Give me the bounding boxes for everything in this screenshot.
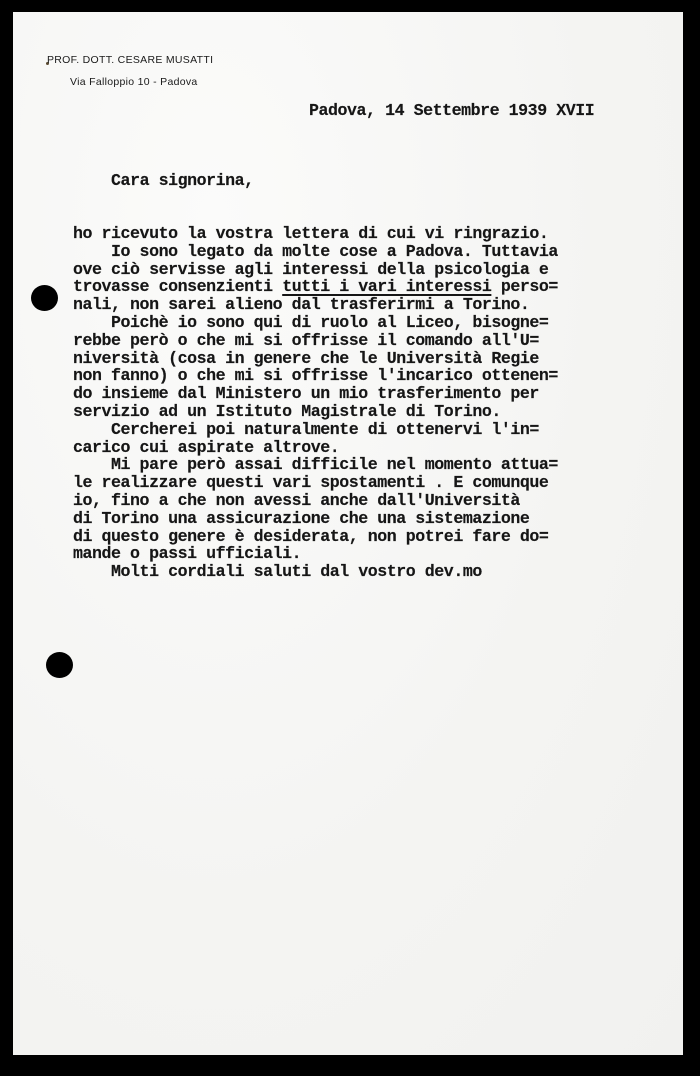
- letter-line: Poichè io sono qui di ruolo al Liceo, bi…: [73, 314, 558, 332]
- letterhead-name: PROF. DOTT. CESARE MUSATTI: [47, 54, 213, 66]
- letter-line: mande o passi ufficiali.: [73, 545, 558, 563]
- letter-line: di Torino una assicurazione che una sist…: [73, 510, 558, 528]
- letter-line: non fanno) o che mi si offrisse l'incari…: [73, 367, 558, 385]
- punch-hole-top: [31, 285, 58, 311]
- letter-line: nali, non sarei alieno dal trasferirmi a…: [73, 296, 558, 314]
- letter-line: ho ricevuto la vostra lettera di cui vi …: [73, 225, 558, 243]
- letter-line: niversità (cosa in genere che le Univers…: [73, 350, 558, 368]
- letter-line: servizio ad un Istituto Magistrale di To…: [73, 403, 558, 421]
- letter-line: Molti cordiali saluti dal vostro dev.mo: [73, 563, 558, 581]
- letter-line: Cercherei poi naturalmente di ottenervi …: [73, 421, 558, 439]
- punch-hole-bottom: [46, 652, 73, 678]
- date-line: Padova, 14 Settembre 1939 XVII: [309, 101, 594, 120]
- letter-line: Io sono legato da molte cose a Padova. T…: [73, 243, 558, 261]
- underlined-phrase: tutti i vari interessi: [282, 277, 491, 296]
- letter-line: trovasse consenzienti tutti i vari inter…: [73, 278, 558, 296]
- letter-line: carico cui aspirate altrove.: [73, 439, 558, 457]
- letter-line: rebbe però o che mi si offrisse il coman…: [73, 332, 558, 350]
- salutation-text: Cara signorina,: [111, 171, 254, 190]
- letter-line: io, fino a che non avessi anche dall'Uni…: [73, 492, 558, 510]
- body-paragraphs: ho ricevuto la vostra lettera di cui vi …: [73, 225, 558, 581]
- letter-body: Cara signorina, ho ricevuto la vostra le…: [73, 136, 558, 599]
- letter-line: ove ciò servisse agli interessi della ps…: [73, 261, 558, 279]
- salutation: Cara signorina,: [73, 172, 558, 190]
- letter-line: le realizzare questi vari spostamenti . …: [73, 474, 558, 492]
- letterhead-address: Via Falloppio 10 - Padova: [70, 76, 198, 88]
- letter-line: do insieme dal Ministero un mio trasferi…: [73, 385, 558, 403]
- letter-line: di questo genere è desiderata, non potre…: [73, 528, 558, 546]
- letter-line: Mi pare però assai difficile nel momento…: [73, 456, 558, 474]
